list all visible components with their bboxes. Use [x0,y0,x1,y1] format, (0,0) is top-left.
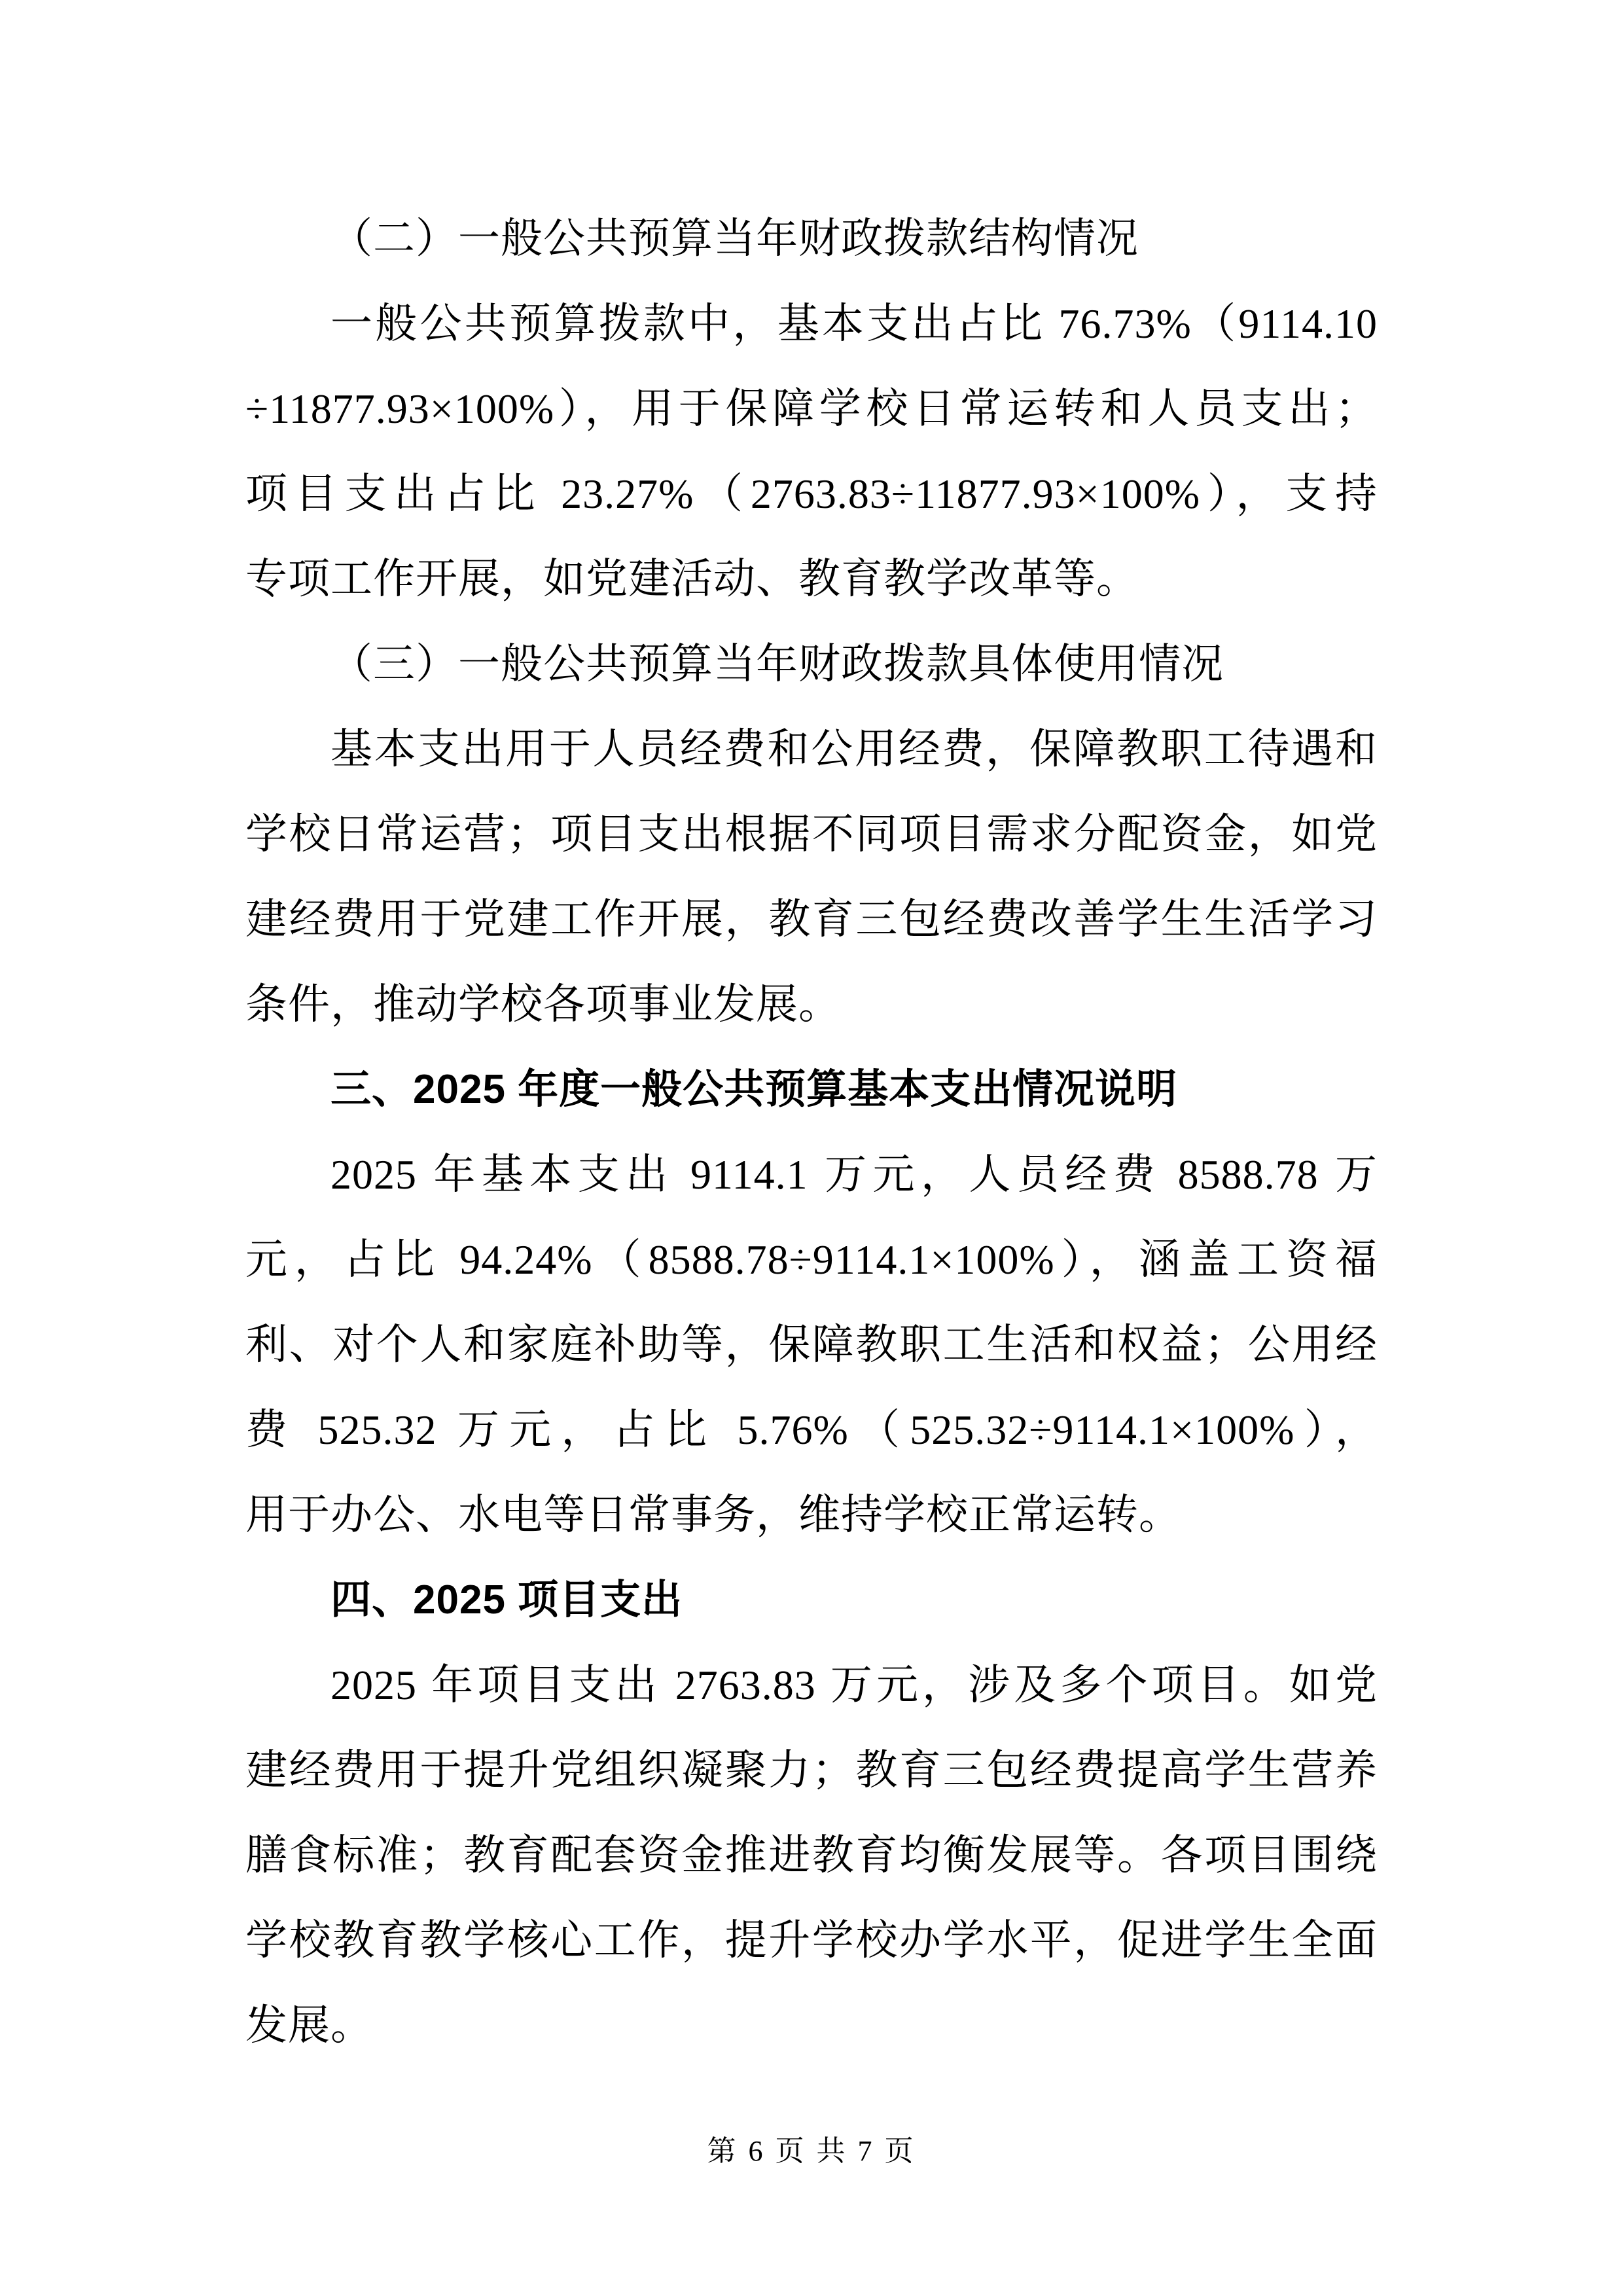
text-line: 用于办公、水电等日常事务，维持学校正常运转。 [245,1473,1378,1558]
text-line: 利、对个人和家庭补助等，保障教职工生活和权益；公用经 [245,1302,1378,1388]
text-line: 膳食标准；教育配套资金推进教育均衡发展等。各项目围绕 [245,1813,1378,1898]
text-line: 元，占比 94.24%（8588.78÷9114.1×100%），涵盖工资福 [245,1217,1378,1302]
document-page: （二）一般公共预算当年财政拨款结构情况一般公共预算拨款中，基本支出占比 76.7… [0,0,1623,2296]
text-line: 发展。 [245,1983,1378,2068]
subsection-heading: （三）一般公共预算当年财政拨款具体使用情况 [245,622,1378,707]
text-line: ÷11877.93×100%），用于保障学校日常运转和人员支出； [245,367,1378,452]
document-body: （二）一般公共预算当年财政拨款结构情况一般公共预算拨款中，基本支出占比 76.7… [245,196,1378,2068]
text-line: 项目支出占比 23.27%（2763.83÷11877.93×100%），支持 [245,452,1378,537]
text-line: 基本支出用于人员经费和公用经费，保障教职工待遇和 [245,707,1378,792]
text-line: 建经费用于党建工作开展，教育三包经费改善学生生活学习 [245,877,1378,962]
section-heading: 三、2025 年度一般公共预算基本支出情况说明 [245,1047,1378,1132]
page-footer: 第 6 页 共 7 页 [0,2128,1623,2174]
text-line: 学校日常运营；项目支出根据不同项目需求分配资金，如党 [245,792,1378,877]
text-line: 2025 年基本支出 9114.1 万元，人员经费 8588.78 万 [245,1132,1378,1217]
text-line: 费 525.32 万元，占比 5.76%（525.32÷9114.1×100%）… [245,1388,1378,1473]
page-number-label: 第 6 页 共 7 页 [707,2135,916,2167]
text-line: 一般公共预算拨款中，基本支出占比 76.73%（9114.10 [245,281,1378,367]
section-heading: 四、2025 项目支出 [245,1558,1378,1643]
text-line: 条件，推动学校各项事业发展。 [245,962,1378,1047]
text-line: 2025 年项目支出 2763.83 万元，涉及多个项目。如党 [245,1643,1378,1728]
subsection-heading: （二）一般公共预算当年财政拨款结构情况 [245,196,1378,281]
text-line: 专项工作开展，如党建活动、教育教学改革等。 [245,537,1378,622]
text-line: 学校教育教学核心工作，提升学校办学水平，促进学生全面 [245,1898,1378,1983]
text-line: 建经费用于提升党组织凝聚力；教育三包经费提高学生营养 [245,1728,1378,1813]
